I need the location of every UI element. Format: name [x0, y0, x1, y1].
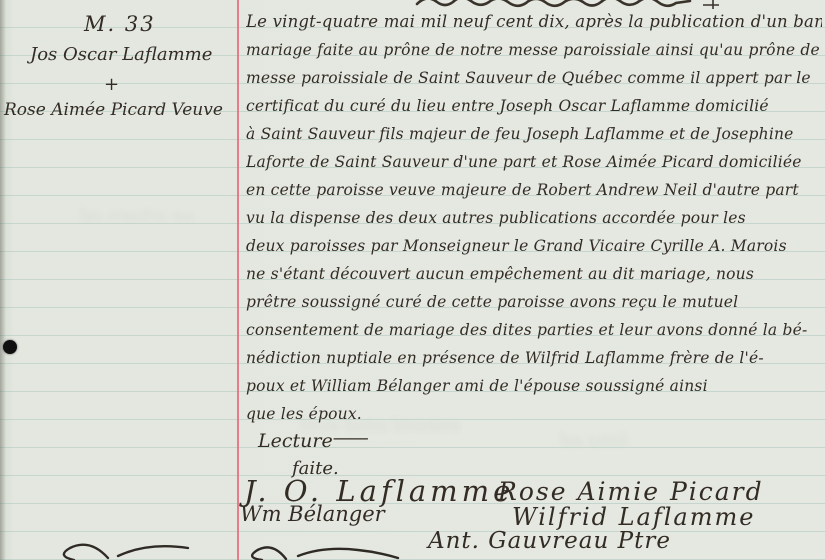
act-line: messe paroissiale de Saint Sauveur de Qu…	[246, 64, 822, 92]
margin-bride-name: Rose Aimée Picard Veuve	[4, 100, 223, 120]
ink-bleedthrough: lima ed	[560, 430, 627, 451]
act-line: Le vingt-quatre mai mil neuf cent dix, a…	[246, 8, 822, 36]
act-line: deux paroisses par Monseigneur le Grand …	[246, 232, 822, 260]
act-line: Laforte de Saint Sauveur d'une part et R…	[246, 148, 822, 176]
entry-number: M. 33	[84, 12, 156, 36]
act-line: que les époux.	[246, 400, 822, 428]
margin-plus-sign: +	[104, 74, 119, 95]
next-entry-text-cutoff-stroke	[246, 538, 426, 560]
act-line: nédiction nuptiale en présence de Wilfri…	[246, 344, 822, 372]
lecture-dash: ——	[333, 427, 367, 449]
signature-priest: Ant. Gauvreau Ptre	[428, 528, 671, 554]
register-page-scan: eneoml ansd ecnl ue srtaen od lima ed M.…	[0, 0, 825, 560]
act-line: prêtre soussigné curé de cette paroisse …	[246, 288, 822, 316]
next-entry-margin-cutoff-stroke	[48, 536, 198, 560]
act-text: Le vingt-quatre mai mil neuf cent dix, a…	[246, 8, 822, 428]
signature-witness-groom: Wm Bélanger	[240, 502, 385, 526]
lecture-label: Lecture	[258, 430, 333, 452]
margin-groom-name: Jos Oscar Laflamme	[30, 44, 212, 65]
page-left-edge-shadow	[0, 0, 6, 560]
act-line: vu la dispense des deux autres publicati…	[246, 204, 822, 232]
act-line: à Saint Sauveur fils majeur de feu Josep…	[246, 120, 822, 148]
binder-punch-hole	[3, 340, 17, 354]
act-line: consentement de mariage des dites partie…	[246, 316, 822, 344]
act-line: ne s'étant découvert aucun empêchement a…	[246, 260, 822, 288]
signature-witness-bride: Wilfrid Laflamme	[512, 503, 755, 531]
act-line: mariage faite au prône de notre messe pa…	[246, 36, 822, 64]
act-line: en cette paroisse veuve majeure de Rober…	[246, 176, 822, 204]
act-line: certificat du curé du lieu entre Joseph …	[246, 92, 822, 120]
red-margin-rule	[237, 0, 239, 560]
signature-bride: Rose Aimie Picard	[498, 477, 764, 506]
ink-bleedthrough: ue srtaen od	[80, 205, 194, 226]
lecture-note: Lecture ——	[258, 430, 367, 452]
act-line: poux et William Bélanger ami de l'épouse…	[246, 372, 822, 400]
